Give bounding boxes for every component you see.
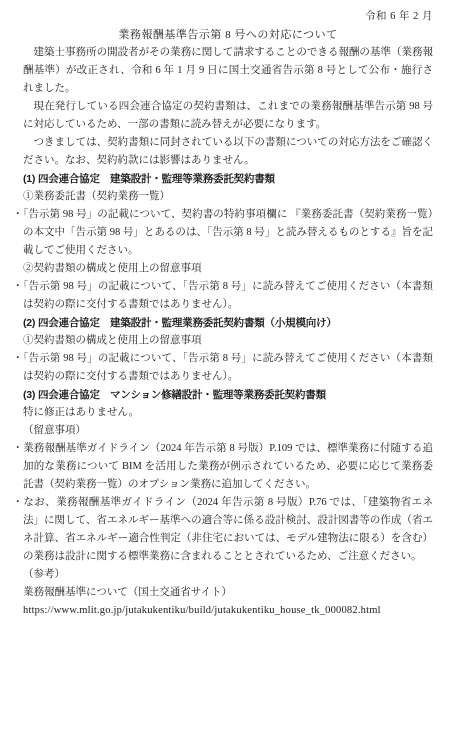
section-1-item-2-bullet: ・「告示第 98 号」の記載について、「告示第 8 号」に読み替えてご使用くださ…	[23, 278, 433, 314]
document-title: 業務報酬基準告示第 8 号への対応について	[23, 26, 433, 44]
reference-url: https://www.mlit.go.jp/jutakukentiku/bui…	[23, 602, 433, 620]
section-2-item-1-bullet: ・「告示第 98 号」の記載について、「告示第 8 号」に読み替えてご使用くださ…	[23, 350, 433, 386]
section-3-note: 特に修正はありません。	[23, 404, 433, 422]
section-1: (1) 四会連合協定 建築設計・監理等業務委託契約書類 ①業務委託書（契約業務一…	[23, 170, 433, 314]
caution-bullet-2: ・なお、業務報酬基準ガイドライン（2024 年告示第 8 号版）P.76 では、…	[23, 494, 433, 566]
intro-paragraph-1: 建築士事務所の開設者がその業務に関して請求することのできる報酬の基準（業務報酬基…	[23, 44, 433, 98]
section-1-item-2-label: ②契約書類の構成と使用上の留意事項	[23, 260, 433, 278]
section-2: (2) 四会連合協定 建築設計・監理業務委託契約書類（小規模向け） ①契約書類の…	[23, 314, 433, 386]
cautions-heading: （留意事項）	[23, 422, 433, 440]
intro-paragraph-2: 現在発行している四会連合協定の契約書類は、これまでの業務報酬基準告示第 98 号…	[23, 98, 433, 134]
caution-bullet-1: ・業務報酬基準ガイドライン（2024 年告示第 8 号版）P.109 では、標準…	[23, 440, 433, 494]
intro-paragraph-3: つきましては、契約書類に同封されている以下の書類についての対応方法をご確認くださ…	[23, 134, 433, 170]
cautions-block: （留意事項） ・業務報酬基準ガイドライン（2024 年告示第 8 号版）P.10…	[23, 422, 433, 566]
section-1-item-1-bullet: ・「告示第 98 号」の記載について、契約書の特約事項欄に 『業務委託書（契約業…	[23, 206, 433, 260]
reference-label: 業務報酬基準について（国土交通省サイト）	[23, 584, 433, 602]
section-3-heading: (3) 四会連合協定 マンション修繕設計・監理等業務委託契約書類	[23, 386, 433, 404]
section-3: (3) 四会連合協定 マンション修繕設計・監理等業務委託契約書類 特に修正はあり…	[23, 386, 433, 422]
section-1-heading: (1) 四会連合協定 建築設計・監理等業務委託契約書類	[23, 170, 433, 188]
document-page: 令和 6 年 2 月 業務報酬基準告示第 8 号への対応について 建築士事務所の…	[0, 0, 454, 740]
section-2-item-1-label: ①契約書類の構成と使用上の留意事項	[23, 332, 433, 350]
reference-block: （参考） 業務報酬基準について（国土交通省サイト） https://www.ml…	[23, 566, 433, 620]
section-2-heading: (2) 四会連合協定 建築設計・監理業務委託契約書類（小規模向け）	[23, 314, 433, 332]
reference-heading: （参考）	[23, 566, 433, 584]
document-date: 令和 6 年 2 月	[23, 8, 433, 26]
section-1-item-1-label: ①業務委託書（契約業務一覧）	[23, 188, 433, 206]
